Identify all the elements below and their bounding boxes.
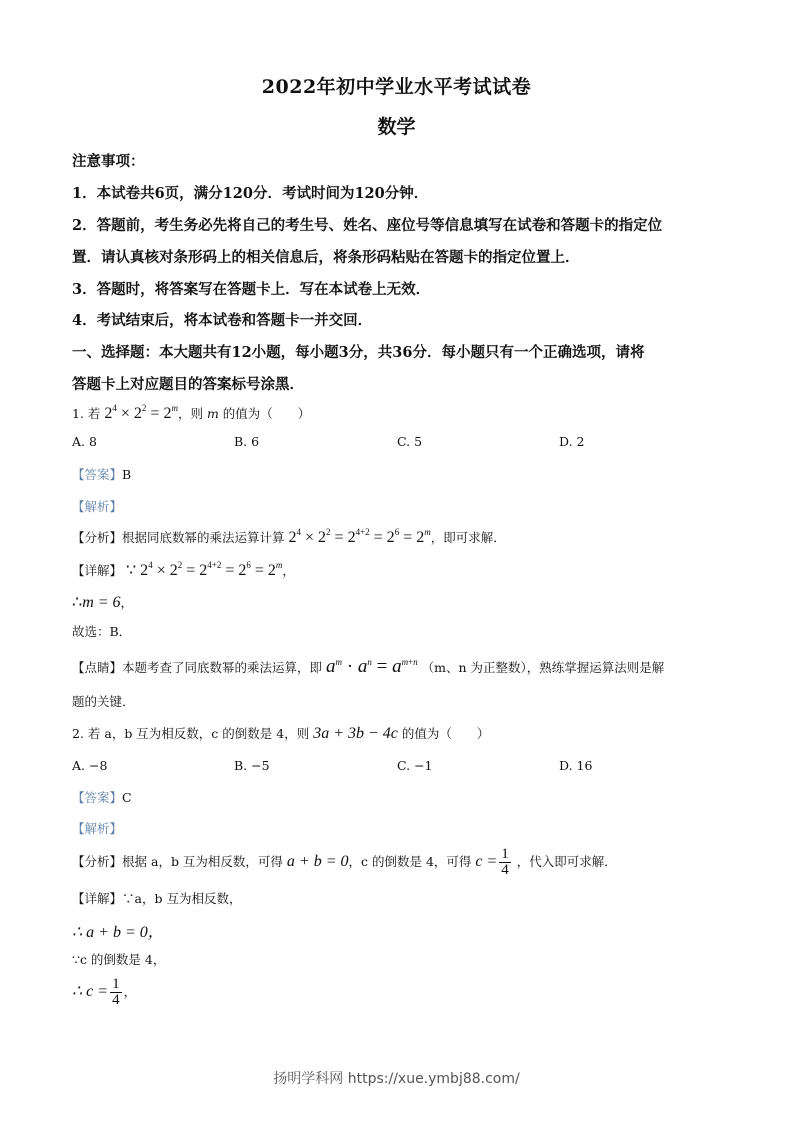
subject-title: 数学: [0, 112, 793, 139]
q2-option-d: D. 16: [559, 758, 592, 773]
q1-dianjing: 【点睛】本题考查了同底数幂的乘法运算，即 am · an = am+n （m、n…: [72, 656, 664, 678]
notice-item-1: 1．本试卷共6页，满分120分．考试时间为120分钟．: [72, 182, 428, 203]
q2-step-3: ∴ c =14，: [72, 977, 136, 1008]
q1-stem: 1. 若 24 × 22 = 2m，则 m 的值为（ ）: [72, 403, 310, 423]
notice-item-2-cont: 置．请认真核对条形码上的相关信息后，将条形码粘贴在答题卡的指定位置上．: [72, 246, 580, 267]
exam-page: 2022年初中学业水平考试试卷 数学 注意事项： 1．本试卷共6页，满分120分…: [0, 0, 793, 1122]
section-heading-line2: 答题卡上对应题目的答案标号涂黑．: [72, 373, 304, 394]
q2-fenxi: 【分析】根据 a，b 互为相反数，可得 a + b = 0，c 的倒数是 4，可…: [72, 847, 617, 878]
q2-option-c: C. −1: [397, 758, 433, 773]
q1-answer: 【答案】B: [72, 465, 131, 483]
q1-dianjing-line2: 题的关键．: [72, 692, 135, 710]
q1-fenxi-expression: 24 × 22 = 24+2 = 26 = 2m: [289, 529, 431, 546]
q1-choice: 故选：B．: [72, 622, 131, 640]
q1-option-c: C. 5: [397, 434, 422, 449]
notice-item-2: 2．答题前，考生务必先将自己的考生号、姓名、座位号等信息填写在试卷和答题卡的指定…: [72, 214, 662, 235]
notice-item-4: 4．考试结束后，将本试卷和答题卡一并交回．: [72, 309, 372, 330]
answer-label: 【答案】: [72, 790, 122, 805]
q1-option-a: A. 8: [72, 434, 97, 449]
q1-fenxi: 【分析】根据同底数幂的乘法运算计算 24 × 22 = 24+2 = 26 = …: [72, 527, 506, 547]
fraction-one-quarter: 14: [499, 847, 511, 878]
notice-item-3: 3．答题时，将答案写在答题卡上．写在本试卷上无效．: [72, 278, 430, 299]
q2-analysis-label: 【解析】: [72, 819, 122, 837]
q1-analysis-label: 【解析】: [72, 497, 122, 515]
q2-option-a: A. −8: [72, 758, 107, 773]
q2-step-2: ∵c 的倒数是 4，: [72, 950, 165, 968]
footer-watermark: 扬明学科网 https://xue.ymbj88.com/: [0, 1068, 793, 1088]
q2-option-b: B. −5: [234, 758, 270, 773]
q2-stem: 2. 若 a，b 互为相反数，c 的倒数是 4，则 3a + 3b − 4c 的…: [72, 724, 489, 743]
q1-expression: 24 × 22 = 2m: [104, 405, 178, 422]
q2-xiangjie: 【详解】∵a，b 互为相反数，: [72, 889, 241, 907]
exam-title: 2022年初中学业水平考试试卷: [0, 72, 793, 99]
q2-step-1: ∴ a + b = 0，: [72, 919, 164, 942]
fraction-one-quarter: 14: [110, 977, 122, 1008]
q2-expression: 3a + 3b − 4c: [313, 725, 398, 742]
q2-answer: 【答案】C: [72, 788, 132, 806]
q1-option-d: D. 2: [559, 434, 584, 449]
q1-xiangjie: 【详解】 ∵ 24 × 22 = 24+2 = 26 = 2m，: [72, 560, 295, 580]
q1-xiangjie-expression: ∵ 24 × 22 = 24+2 = 26 = 2m: [126, 562, 282, 579]
notice-heading: 注意事项：: [72, 150, 145, 171]
q1-step-m: ∴m = 6，: [72, 592, 133, 612]
answer-label: 【答案】: [72, 467, 122, 482]
section-heading-line1: 一、选择题：本大题共有12小题，每小题3分，共36分．每小题只有一个正确选项，请…: [72, 341, 644, 362]
q1-dianjing-expression: am · an = am+n: [326, 656, 418, 677]
q1-option-b: B. 6: [234, 434, 259, 449]
